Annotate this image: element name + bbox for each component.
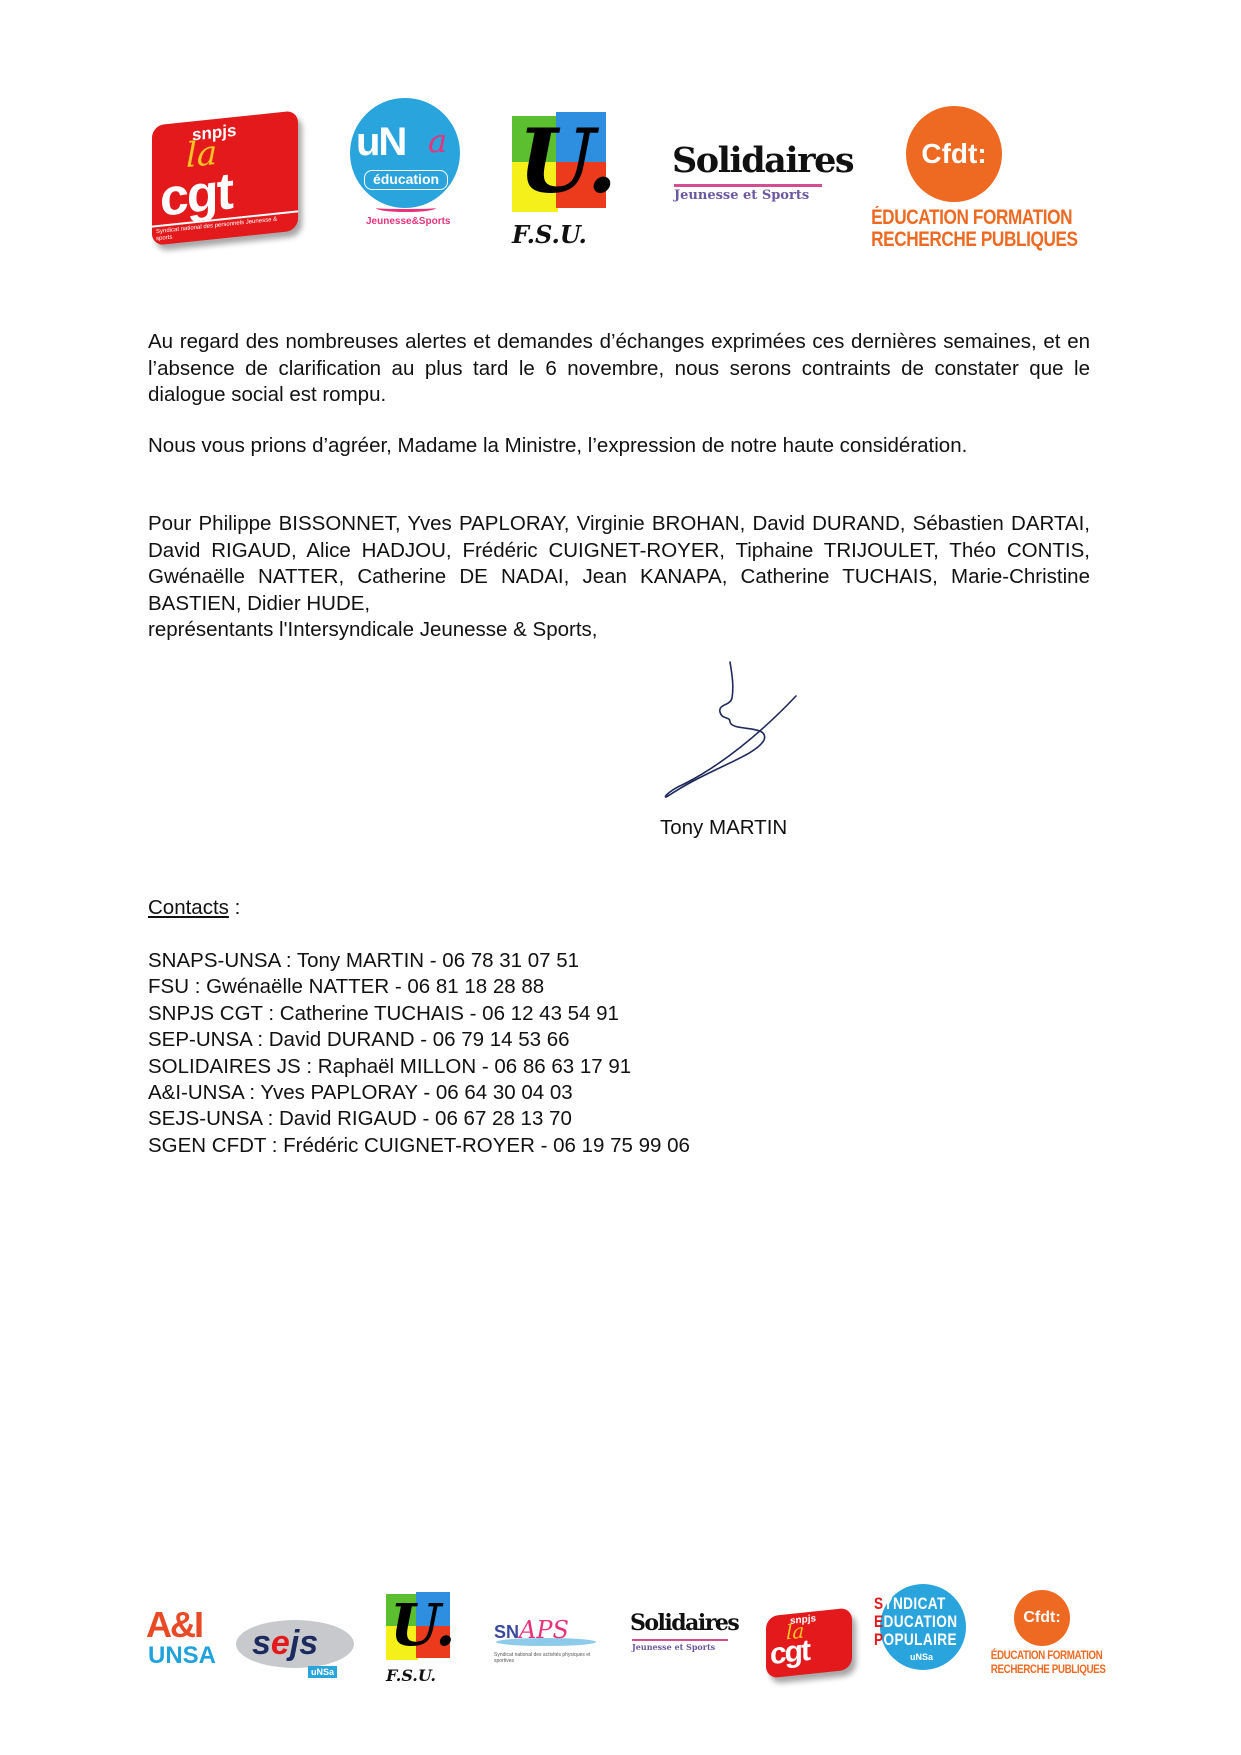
cfdt-line2: RECHERCHE PUBLIQUES xyxy=(991,1662,1089,1676)
unsa-a-text: a xyxy=(428,122,447,160)
paragraph-closing: Nous vous prions d’agréer, Madame la Min… xyxy=(148,433,1090,460)
unsa-arc xyxy=(376,204,436,212)
contact-item: SEP-UNSA : David DURAND - 06 79 14 53 66 xyxy=(148,1027,690,1053)
cfdt-line2: RECHERCHE PUBLIQUES xyxy=(871,228,1027,252)
snpjs-cgt-footer-logo: snpjs la cgt xyxy=(766,1607,852,1678)
sep-row-1: SYNDICAT xyxy=(874,1594,946,1614)
sep-unsa-logo: SYNDICAT EDUCATION POPULAIRE uNSa xyxy=(874,1584,974,1676)
ai-text: A&I xyxy=(146,1604,202,1646)
unsa-education-logo: uN a éducation Jeunesse&Sports xyxy=(346,98,466,233)
sep-unsa-tag: uNSa xyxy=(910,1652,933,1662)
contacts-title: Contacts xyxy=(148,896,229,919)
contact-list: SNAPS-UNSA : Tony MARTIN - 06 78 31 07 5… xyxy=(148,948,690,1159)
signer-name: Tony MARTIN xyxy=(660,816,787,840)
solidaires-underline xyxy=(632,1639,728,1641)
contact-item: FSU : Gwénaëlle NATTER - 06 81 18 28 88 xyxy=(148,974,690,1000)
fsu-label: F.S.U. xyxy=(512,220,587,249)
fsu-label: F.S.U. xyxy=(386,1666,436,1685)
solidaires-title: Solidaires xyxy=(630,1610,738,1636)
unsa-main-text: uN xyxy=(356,120,405,165)
fsu-letter: U. xyxy=(390,1588,455,1662)
contact-item: SNAPS-UNSA : Tony MARTIN - 06 78 31 07 5… xyxy=(148,948,690,974)
cfdt-circle: Cfdt: xyxy=(906,106,1002,202)
snaps-tagline: Syndicat national des activités physique… xyxy=(494,1652,600,1664)
sejs-unsa-tag: uNSa xyxy=(308,1666,337,1678)
unsa-sub-text: Jeunesse&Sports xyxy=(366,216,450,227)
sejs-unsa-logo: sejs uNSa xyxy=(236,1620,372,1682)
contact-item: A&I-UNSA : Yves PAPLORAY - 06 64 30 04 0… xyxy=(148,1080,690,1106)
solidaires-underline xyxy=(674,184,822,187)
snaps-logo: SNAPS Syndicat national des activités ph… xyxy=(490,1604,600,1668)
fsu-footer-logo: U. F.S.U. xyxy=(386,1592,466,1686)
solidaires-footer-logo: Solidaires Jeunesse et Sports xyxy=(628,1610,738,1660)
representing-line: représentants l'Intersyndicale Jeunesse … xyxy=(148,617,1090,644)
unsa-circle: uN a éducation xyxy=(350,98,460,208)
unsa-education-band: éducation xyxy=(364,170,448,190)
ai-unsa-logo: A&I UNSA xyxy=(146,1604,226,1678)
contacts-title-suffix: : xyxy=(229,896,240,919)
sep-row-3: POPULAIRE xyxy=(874,1630,957,1650)
contacts-heading: Contacts : xyxy=(148,896,240,920)
signatories-list: Pour Philippe BISSONNET, Yves PAPLORAY, … xyxy=(148,511,1090,617)
unsa-text: UNSA xyxy=(148,1642,216,1670)
cfdt-line1: ÉDUCATION FORMATION xyxy=(991,1648,1089,1662)
cgt-main-text: cgt xyxy=(770,1634,809,1672)
contact-item: SGEN CFDT : Frédéric CUIGNET-ROYER - 06 … xyxy=(148,1133,690,1159)
solidaires-sub: Jeunesse et Sports xyxy=(674,188,809,203)
cfdt-line1: ÉDUCATION FORMATION xyxy=(871,206,1027,230)
cfdt-circle: Cfdt: xyxy=(1014,1590,1070,1646)
solidaires-sub: Jeunesse et Sports xyxy=(632,1642,715,1652)
contact-item: SOLIDAIRES JS : Raphaël MILLON - 06 86 6… xyxy=(148,1054,690,1080)
fsu-logo: U. F.S.U. xyxy=(512,112,632,250)
contact-item: SEJS-UNSA : David RIGAUD - 06 67 28 13 7… xyxy=(148,1106,690,1132)
solidaires-title: Solidaires xyxy=(672,140,853,181)
sep-row-2: EDUCATION xyxy=(874,1612,957,1632)
snpjs-cgt-logo: snpjs la cgt Syndicat national des perso… xyxy=(152,110,298,245)
signature-icon xyxy=(660,660,810,800)
cfdt-footer-logo: Cfdt: ÉDUCATION FORMATION RECHERCHE PUBL… xyxy=(990,1590,1090,1680)
fsu-letter: U. xyxy=(518,106,617,216)
cfdt-logo: Cfdt: ÉDUCATION FORMATION RECHERCHE PUBL… xyxy=(860,104,1040,254)
solidaires-logo: Solidaires Jeunesse et Sports xyxy=(668,140,838,210)
contact-item: SNPJS CGT : Catherine TUCHAIS - 06 12 43… xyxy=(148,1001,690,1027)
paragraph-clarification: Au regard des nombreuses alertes et dema… xyxy=(148,329,1090,409)
sejs-word: sejs xyxy=(252,1624,318,1663)
snaps-word: SNAPS xyxy=(494,1616,569,1644)
